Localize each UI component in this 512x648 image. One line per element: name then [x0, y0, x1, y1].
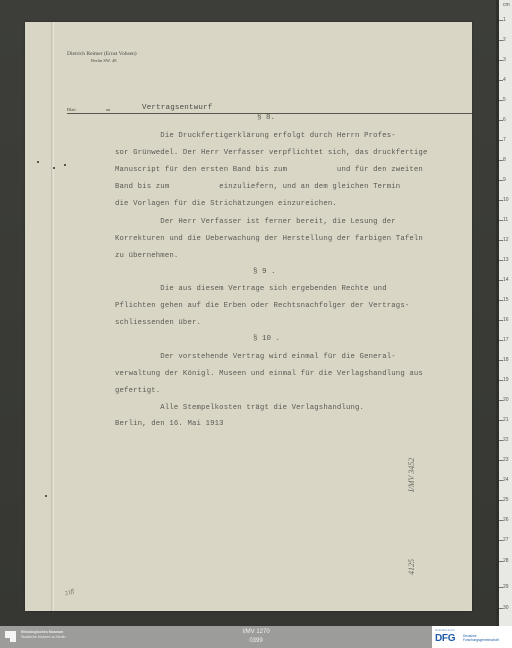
punch-hole: [45, 495, 47, 497]
ruler-mark: 20: [503, 397, 509, 403]
funder-caption: Gefördert durch: [435, 628, 455, 632]
ruler-mark: 3: [503, 57, 506, 63]
body-line: Die aus diesem Vertrage sich ergebenden …: [115, 285, 387, 293]
handwritten-page-number: 4125: [407, 559, 416, 575]
ruler-mark: 26: [503, 517, 509, 523]
ruler-mark: 28: [503, 558, 509, 564]
ruler-mark: 23: [503, 457, 509, 463]
ruler-mark: 2: [503, 37, 506, 43]
document-subject: Vertragsentwurf: [142, 104, 213, 112]
ruler-mark: 11: [503, 217, 508, 223]
body-line: Manuscript für den ersten Band bis zum u…: [115, 166, 423, 174]
ruler-mark: 10: [503, 197, 509, 203]
body-line: Pflichten gehen auf die Erben oder Recht…: [115, 302, 409, 310]
body-line: Der Herr Verfasser ist ferner bereit, di…: [115, 218, 396, 226]
ruler-mark: 14: [503, 277, 509, 283]
body-line: sor Grünwedel. Der Herr Verfasser verpfl…: [115, 149, 428, 157]
ruler-mark: 5: [503, 97, 506, 103]
section-10-mark: § 10 .: [253, 335, 280, 343]
funder-name-line: Forschungsgemeinschaft: [463, 638, 499, 642]
fold-line: [53, 22, 54, 611]
body-line: Band bis zum einzuliefern, und an dem gl…: [115, 183, 400, 191]
ruler-mark: 4: [503, 77, 506, 83]
funder-name: Deutsche Forschungsgemeinschaft: [463, 634, 499, 642]
ruler-mark: 29: [503, 584, 509, 590]
ruler-mark: 25: [503, 497, 509, 503]
dfg-logo-icon: DFG: [435, 633, 455, 644]
handwritten-note: 21ff: [64, 589, 75, 598]
body-line: verwaltung der Königl. Museen und einmal…: [115, 370, 423, 378]
ruler-mark: 9: [503, 177, 506, 183]
ruler-mark: 27: [503, 537, 509, 543]
ruler-mark: 12: [503, 237, 509, 243]
section-8-mark: § 8.: [257, 114, 275, 122]
scan-page-number: 0399: [220, 637, 292, 646]
letterhead: Dietrich Reimer (Ernst Vohsen) Berlin SW…: [67, 51, 137, 63]
ruler-mark: 7: [503, 137, 506, 143]
ruler-mark: 16: [503, 317, 509, 323]
ruler-mark: 8: [503, 157, 506, 163]
funder-credit: Gefördert durch DFG Deutsche Forschungsg…: [432, 626, 512, 648]
ruler-edge: [496, 0, 499, 626]
body-line: schliessenden über.: [115, 319, 201, 327]
ruler-mark: 13: [503, 257, 509, 263]
body-line: Korrekturen und die Ueberwachung der Her…: [115, 235, 423, 243]
ruler-mark: 1: [503, 17, 506, 23]
ruler-mark: 17: [503, 337, 509, 343]
body-line: gefertigt.: [115, 387, 160, 395]
punch-hole: [64, 164, 66, 166]
ruler-unit: cm: [503, 2, 510, 8]
punch-hole: [37, 161, 39, 163]
punch-hole: [53, 167, 55, 169]
ruler-mark: 6: [503, 117, 506, 123]
body-line: Der vorstehende Vertrag wird einmal für …: [115, 353, 396, 361]
fold-shadow: [51, 22, 52, 611]
ruler-mark: 21: [503, 417, 509, 423]
document-page: Dietrich Reimer (Ernst Vohsen) Berlin SW…: [25, 22, 472, 611]
museum-logo-icon: [5, 631, 16, 642]
handwritten-inventory-number: I/MV 3452: [407, 458, 416, 492]
museum-credit: Ethnologisches Museum Staatliche Museen …: [21, 630, 66, 640]
section-9-mark: § 9 .: [253, 268, 276, 276]
body-line: zu übernehmen.: [115, 252, 178, 260]
publisher-address: Berlin SW. 48: [91, 58, 137, 63]
ruler-mark: 15: [503, 297, 509, 303]
ruler-mark: 24: [503, 477, 509, 483]
archive-footer: Ethnologisches Museum Staatliche Museen …: [0, 626, 512, 648]
blatt-label: Blatt: [67, 107, 76, 112]
museum-subtitle: Staatliche Museen zu Berlin: [21, 635, 66, 640]
body-line: Alle Stempelkosten trägt die Verlagshand…: [115, 404, 364, 412]
closing-date: Berlin, den 16. Mai 1913: [115, 420, 224, 428]
measurement-ruler: cm 1 2 3 4 5 6 7 8 9 10 11 12 13 14 15 1…: [496, 0, 512, 626]
archive-signature: I/MV 1270: [220, 628, 292, 637]
ruler-mark: 22: [503, 437, 509, 443]
body-line: die Vorlagen für die Strichätzungen einz…: [115, 200, 337, 208]
body-line: Die Druckfertigerklärung erfolgt durch H…: [115, 132, 396, 140]
an-label: an: [106, 107, 110, 112]
ruler-mark: 19: [503, 377, 509, 383]
publisher-name: Dietrich Reimer (Ernst Vohsen): [67, 51, 137, 57]
reference-line: Blatt an Vertragsentwurf: [67, 102, 472, 114]
archive-reference: I/MV 1270 0399: [220, 628, 292, 646]
ruler-mark: 18: [503, 357, 509, 363]
ruler-mark: 30: [503, 605, 509, 611]
